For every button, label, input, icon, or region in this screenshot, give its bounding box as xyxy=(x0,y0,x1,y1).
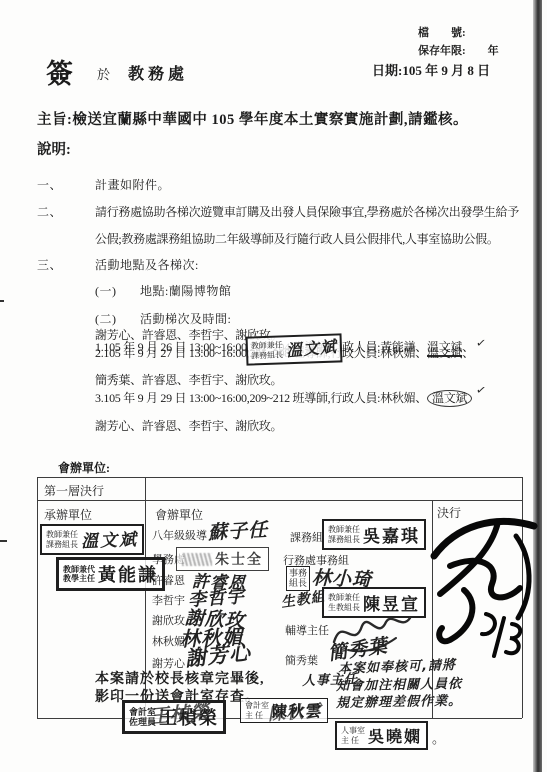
item-2-line1: 二、請行務處協助各梯次遊覽車訂購及出發人員保險事宜,學務處於各梯次出發學生給予 xyxy=(37,203,519,220)
stamp-role-line1: 事務 xyxy=(289,568,307,578)
row-label: 課務組 xyxy=(290,529,323,545)
sub-item-1-text: 地點:蘭陽博物館 xyxy=(140,284,231,298)
table-border xyxy=(37,477,38,718)
session-3-marked-name: 溫文斌 xyxy=(427,390,472,407)
retention-label: 保存年限: 年 xyxy=(418,42,499,58)
item-1: 一、計畫如附件。 xyxy=(37,176,170,193)
first-level-decision-label: 第一層決行 xyxy=(44,482,104,499)
doc-type-title: 簽 xyxy=(46,52,73,91)
item-3-text: 活動地點及各梯次: xyxy=(95,258,199,272)
item-2-number: 二、 xyxy=(37,203,95,220)
stamp-role-line1: 教師兼任 xyxy=(328,593,360,602)
undertaking-unit-header: 承辦單位 xyxy=(44,506,92,523)
academic-director-stamp: 教師兼代教學主任 黃能謙 xyxy=(56,557,165,591)
sub-item-1: (一)地點:蘭陽博物館 xyxy=(95,282,231,299)
item-2-line2: 公假;教務處課務組協助二年級導師及行隨行政人員公假排代,人事室協助公假。 xyxy=(95,230,499,247)
document-page: 檔 號: 保存年限: 年 簽 於 教務處 日期:105 年 9 月 8 日 主旨… xyxy=(0,0,547,772)
curriculum-section-stamp: 教師兼任課務組長 吳嘉琪 xyxy=(322,519,426,550)
session-3-text: 3.105 年 9 月 29 日 13:00~16:00,209~212 班導師… xyxy=(95,391,427,405)
illegible-stamp-text xyxy=(182,553,212,566)
subject-line: 主旨:檢送宜蘭縣中華國中 105 學年度本土實察實施計劃,請鑑核。 xyxy=(37,108,468,129)
signature: 蘇子任 xyxy=(207,515,268,545)
row-label: 李哲宇 xyxy=(152,592,185,608)
explanation-label: 說明: xyxy=(37,138,71,159)
stamp-role-line2: 主 任 xyxy=(245,711,263,720)
stamp-role: 教師兼任課務組長 xyxy=(46,530,78,548)
hr-stamp-suffix: 。 xyxy=(432,728,445,747)
stamp-role-line1: 會計室 xyxy=(245,701,269,710)
stamp-role-line2: 教學主任 xyxy=(63,574,95,583)
session-3-line1: 3.105 年 9 月 29 日 13:00~16:00,209~212 班導師… xyxy=(95,389,482,406)
stamp-signature: 溫文斌 xyxy=(285,334,338,361)
item-2-text-line1: 請行務處協助各梯次遊覽車訂購及出發人員保險事宜,學務處於各梯次出發學生給予 xyxy=(95,205,519,219)
item-3-number: 三、 xyxy=(37,256,95,273)
hr-director-stamp: 人事室主 任 吳曉嫻 xyxy=(335,721,428,750)
stamp-role-line2: 課務組長 xyxy=(46,540,78,549)
row-label: 輔導主任 xyxy=(285,622,329,638)
item-1-number: 一、 xyxy=(37,176,95,193)
stamp-role: 事務組長 xyxy=(289,568,307,589)
sub-item-2-number: (二) xyxy=(95,310,140,327)
stamp-role: 人事室主 任 xyxy=(341,726,365,744)
sub-item-2: (二)活動梯次及時間: xyxy=(95,310,231,327)
session-2-line2: 簡秀葉、許睿恩、李哲宇、謝欣玫。 xyxy=(95,371,282,388)
date-line: 日期:105 年 9 月 8 日 xyxy=(372,60,490,79)
accounting-note-line1: 本案請於校長核章完畢後, xyxy=(95,668,265,688)
item-1-text: 計畫如附件。 xyxy=(95,178,170,192)
office-name: 教務處 xyxy=(128,61,188,84)
stamp-role-line1: 人事室 xyxy=(341,726,365,735)
stamp-name: 朱士全 xyxy=(215,549,263,569)
stamp-role: 教師兼任課務組長 xyxy=(328,525,360,543)
table-border xyxy=(37,500,522,501)
stamp-role-line2: 組長 xyxy=(289,578,307,588)
checkmark: ✓ xyxy=(475,382,487,397)
general-affairs-chief-stamp: 事務組長 xyxy=(286,566,310,591)
stamp-signature: 溫文斌 xyxy=(81,525,139,552)
curriculum-chief-stamp: 教師兼任課務組長 溫文斌 xyxy=(40,524,144,555)
row-label: 八年級級導 xyxy=(152,527,207,543)
signature-overlay: 王楨榮 xyxy=(149,697,211,729)
stamp-role: 教師兼代教學主任 xyxy=(63,565,95,583)
cosign-units-label: 會辦單位: xyxy=(58,459,110,476)
stamp-name: 吳曉嫻 xyxy=(368,724,422,747)
sub-item-1-number: (一) xyxy=(95,282,140,299)
sub-item-2-text: 活動梯次及時間: xyxy=(140,312,231,326)
principal-approval-signature xyxy=(428,506,542,664)
stamp-role-line1: 教師兼任 xyxy=(46,530,78,539)
stamp-role-line2: 主 任 xyxy=(341,736,359,745)
row-label: 許睿恩 xyxy=(152,572,185,588)
stamp-role-line1: 教師兼代 xyxy=(63,565,95,574)
file-number-label: 檔 號: xyxy=(418,24,466,40)
checkmark: ✓ xyxy=(475,335,487,350)
row-label: 簡秀葉 xyxy=(285,652,318,668)
stamp-role: 會計室主 任 xyxy=(245,701,269,719)
scan-speck xyxy=(0,540,7,542)
cosign-unit-header: 會辦單位 xyxy=(155,506,203,523)
stamp-name: 黃能謙 xyxy=(98,561,158,587)
session-3-line2: 謝芳心、許睿恩、李哲宇、謝欣玫。 xyxy=(95,417,282,434)
hr-note-line3: 規定辦理差假作業。 xyxy=(336,690,462,711)
scan-speck xyxy=(0,300,4,302)
at-label: 於 xyxy=(97,64,110,83)
stamp-name: 吳嘉琪 xyxy=(363,522,420,547)
stamp-role-line2: 課務組長 xyxy=(251,350,283,360)
signature-overlay: 陳秋雲 xyxy=(267,696,323,725)
curriculum-chief-stamp-overlay: 教師兼任課務組長 溫文斌 xyxy=(246,333,343,365)
stamp-role-line2: 課務組長 xyxy=(328,535,360,544)
stamp-role-line1: 教師兼任 xyxy=(328,525,360,534)
item-3: 三、活動地點及各梯次: xyxy=(37,256,199,273)
table-border xyxy=(37,477,522,478)
stamp-role: 教師兼任課務組長 xyxy=(251,341,284,360)
